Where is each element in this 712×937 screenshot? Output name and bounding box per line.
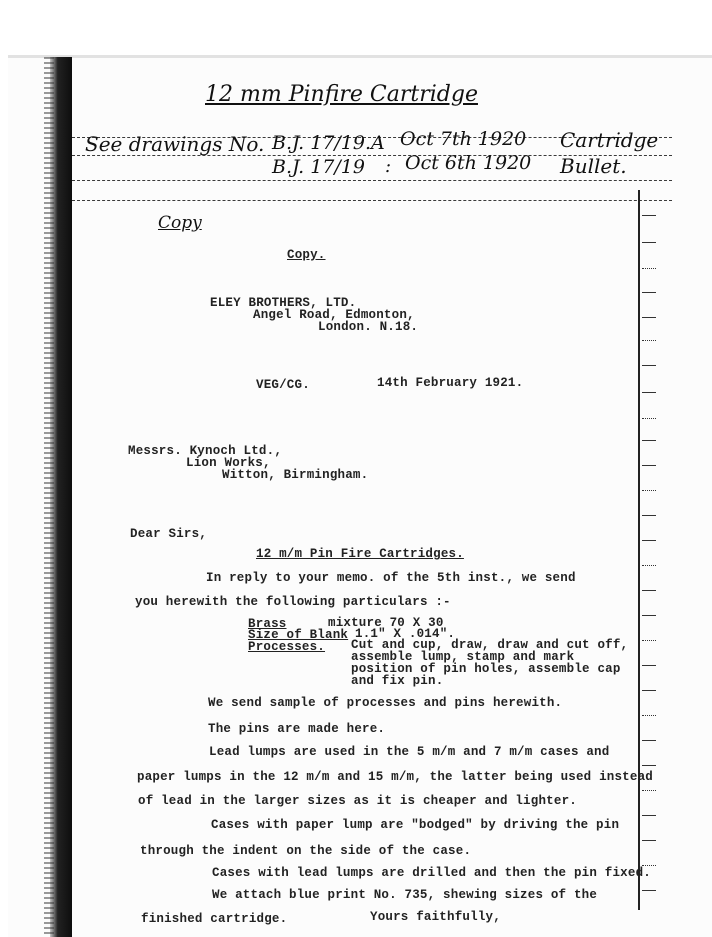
- drawings-prefix: See drawings No.: [85, 132, 264, 156]
- handwritten-copy-mark: Copy: [158, 213, 202, 233]
- drawing-date-cartridge: Oct 7th 1920: [400, 128, 526, 150]
- margin-tick: [642, 840, 656, 841]
- header-rule-3: [72, 180, 672, 181]
- margin-tick: [642, 690, 656, 691]
- binding-speckle: [44, 57, 54, 937]
- margin-tick: [642, 765, 656, 766]
- margin-tick: [642, 615, 656, 616]
- margin-tick: [642, 715, 656, 716]
- margin-tick: [642, 540, 656, 541]
- margin-tick: [642, 640, 656, 641]
- letter-subject: 12 m/m Pin Fire Cartridges.: [256, 547, 464, 561]
- margin-tick: [642, 215, 656, 216]
- margin-tick: [642, 515, 656, 516]
- body-line: Lead lumps are used in the 5 m/m and 7 m…: [209, 745, 609, 759]
- margin-tick: [642, 418, 656, 419]
- reference-code: VEG/CG.: [256, 378, 310, 392]
- intro-line-2: you herewith the following particulars :…: [135, 595, 451, 609]
- margin-tick: [642, 815, 656, 816]
- closing: Yours faithfully,: [370, 910, 501, 924]
- margin-tick: [642, 365, 656, 366]
- margin-tick: [642, 242, 656, 243]
- margin-tick: [642, 340, 656, 341]
- header-rule-4: [72, 200, 672, 201]
- margin-tick: [642, 590, 656, 591]
- drawing-date-bullet: Oct 6th 1920: [405, 152, 531, 174]
- right-margin-line: [638, 190, 640, 910]
- particular-label-processes: Processes.: [248, 640, 325, 654]
- salutation: Dear Sirs,: [130, 527, 207, 541]
- body-line: of lead in the larger sizes as it is che…: [138, 794, 577, 808]
- margin-tick: [642, 890, 656, 891]
- margin-tick: [642, 440, 656, 441]
- margin-tick: [642, 490, 656, 491]
- margin-tick: [642, 790, 656, 791]
- copy-label: Copy.: [287, 248, 326, 262]
- drawing-number-cartridge: B.J. 17/19.A: [272, 132, 385, 154]
- body-line: paper lumps in the 12 m/m and 15 m/m, th…: [137, 770, 653, 784]
- margin-tick: [642, 317, 656, 318]
- body-line: Cases with paper lump are "bodged" by dr…: [211, 818, 619, 832]
- margin-tick: [642, 292, 656, 293]
- process-line: and fix pin.: [351, 674, 443, 688]
- margin-tick: [642, 392, 656, 393]
- drawing-number-bullet: B.J. 17/19: [272, 156, 365, 178]
- margin-tick: [642, 565, 656, 566]
- body-line: We attach blue print No. 735, shewing si…: [212, 888, 597, 902]
- body-line: We send sample of processes and pins her…: [208, 696, 562, 710]
- drawing-separator: :: [385, 156, 391, 177]
- sender-city: London. N.18.: [318, 320, 418, 334]
- body-line: Cases with lead lumps are drilled and th…: [212, 866, 651, 880]
- intro-line-1: In reply to your memo. of the 5th inst.,…: [206, 571, 576, 585]
- letter-date: 14th February 1921.: [377, 376, 523, 390]
- body-line: The pins are made here.: [208, 722, 385, 736]
- body-line: through the indent on the side of the ca…: [140, 844, 471, 858]
- margin-tick: [642, 665, 656, 666]
- drawing-subject-bullet: Bullet.: [560, 154, 627, 178]
- recipient-city: Witton, Birmingham.: [222, 468, 368, 482]
- handwritten-title: 12 mm Pinfire Cartridge: [205, 82, 478, 107]
- margin-tick: [642, 740, 656, 741]
- margin-tick: [642, 465, 656, 466]
- margin-tick: [642, 268, 656, 269]
- drawing-subject-cartridge: Cartridge: [560, 128, 658, 152]
- body-line: finished cartridge.: [141, 912, 287, 926]
